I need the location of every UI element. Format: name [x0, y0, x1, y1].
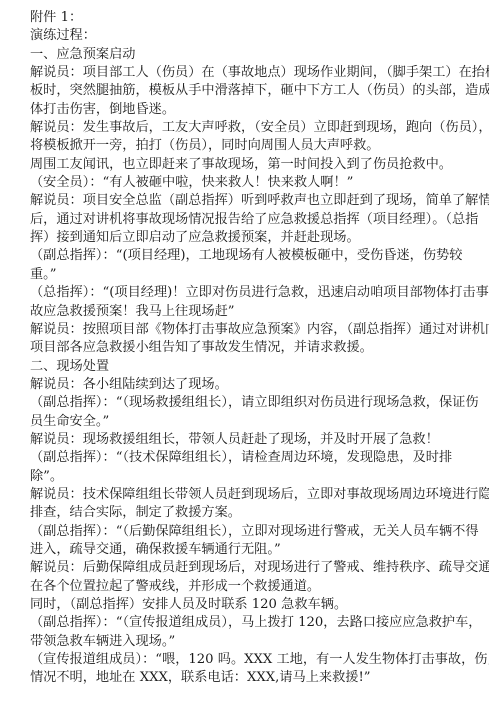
paragraph-line: 解说员：项目部工人（伤员）在（事故地点）现场作业期间，（脚手架工）在抬模 [30, 64, 450, 82]
paragraph-line: 项目部各应急救援小组告知了事故发生情况，并请求救援。 [30, 339, 450, 357]
paragraph-line: 体打击伤害，倒地昏迷。 [30, 101, 450, 119]
dialogue-line: （副总指挥）：“（后勤保障组组长），立即对现场进行警戒，无关人员车辆不得 [30, 523, 450, 541]
paragraph-line: 解说员：现场救援组组长，带领人员赶赴了现场，并及时开展了急救！ [30, 431, 450, 449]
section-heading-1: 一、应急预案启动 [30, 46, 450, 64]
paragraph-line: 周围工友闻讯，也立即赶来了事故现场，第一时间投入到了伤员抢救中。 [30, 156, 450, 174]
paragraph-line: 解说员：项目安全总监（副总指挥）听到呼救声也立即赶到了现场，简单了解情况 [30, 192, 450, 210]
paragraph-line: 解说员：按照项目部《物体打击事故应急预案》内容，（副总指挥）通过对讲机向 [30, 321, 450, 339]
attachment-label: 附件 1： [30, 9, 450, 27]
dialogue-line: 员生命安全。” [30, 413, 450, 431]
paragraph-line: 同时，（副总指挥）安排人员及时联系 120 急救车辆。 [30, 596, 450, 614]
paragraph-line: 在各个位置拉起了警戒线，并形成一个救援通道。 [30, 578, 450, 596]
dialogue-line: （副总指挥）：“（技术保障组组长），请检查周边环境，发现隐患，及时排 [30, 449, 450, 467]
dialogue-line: 进入，疏导交通，确保救援车辆通行无阻。” [30, 541, 450, 559]
document-page: 附件 1： 演练过程： 一、应急预案启动 解说员：项目部工人（伤员）在（事故地点… [30, 9, 450, 688]
document-title: 演练过程： [30, 27, 450, 45]
paragraph-line: 解说员：技术保障组组长带领人员赶到现场后，立即对事故现场周边环境进行隐患 [30, 486, 450, 504]
dialogue-line: （副总指挥）：“(项目经理)，工地现场有人被模板砸中，受伤昏迷，伤势较 [30, 247, 450, 265]
dialogue-line: （安全员）：“有人被砸中啦，快来救人！快来救人啊！” [30, 174, 450, 192]
paragraph-line: 挥）接到通知后立即启动了应急救援预案，并赶赴现场。 [30, 229, 450, 247]
dialogue-line: （副总指挥）：“（现场救援组组长），请立即组织对伤员进行现场急救，保证伤 [30, 394, 450, 412]
dialogue-line: （总指挥）：“(项目经理)！立即对伤员进行急救，迅速启动咱项目部物体打击事 [30, 284, 450, 302]
paragraph-line: 排查，结合实际，制定了救援方案。 [30, 504, 450, 522]
paragraph-line: 解说员：各小组陆续到达了现场。 [30, 376, 450, 394]
section-heading-2: 二、现场处置 [30, 358, 450, 376]
paragraph-line: 板时，突然腿抽筋，模板从手中滑落掉下，砸中下方工人（伤员）的头部，造成物 [30, 82, 450, 100]
dialogue-line: 带领急救车辆进入现场。” [30, 633, 450, 651]
dialogue-line: （副总指挥）：“（宣传报道组成员），马上拨打 120，去路口接应应急救护车， [30, 614, 450, 632]
dialogue-line: 重。” [30, 266, 450, 284]
paragraph-line: 解说员：后勤保障组成员赶到现场后，对现场进行了警戒、维持秩序、疏导交通。 [30, 559, 450, 577]
paragraph-line: 解说员：发生事故后，工友大声呼救，（安全员）立即赶到现场，跑向（伤员）， [30, 119, 450, 137]
dialogue-line: 除”。 [30, 468, 450, 486]
dialogue-line: 情况不明，地址在 XXX，联系电话：XXX,请马上来救援!” [30, 669, 450, 687]
paragraph-line: 将模板掀开一旁，拍打（伤员），同时向周围人员大声呼救。 [30, 137, 450, 155]
dialogue-line: （宣传报道组成员）：“喂，120 吗。XXX 工地，有一人发生物体打击事故，伤员 [30, 651, 450, 669]
dialogue-line: 故应急救援预案！我马上往现场赶” [30, 303, 450, 321]
paragraph-line: 后，通过对讲机将事故现场情况报告给了应急救援总指挥（项目经理）。（总指 [30, 211, 450, 229]
